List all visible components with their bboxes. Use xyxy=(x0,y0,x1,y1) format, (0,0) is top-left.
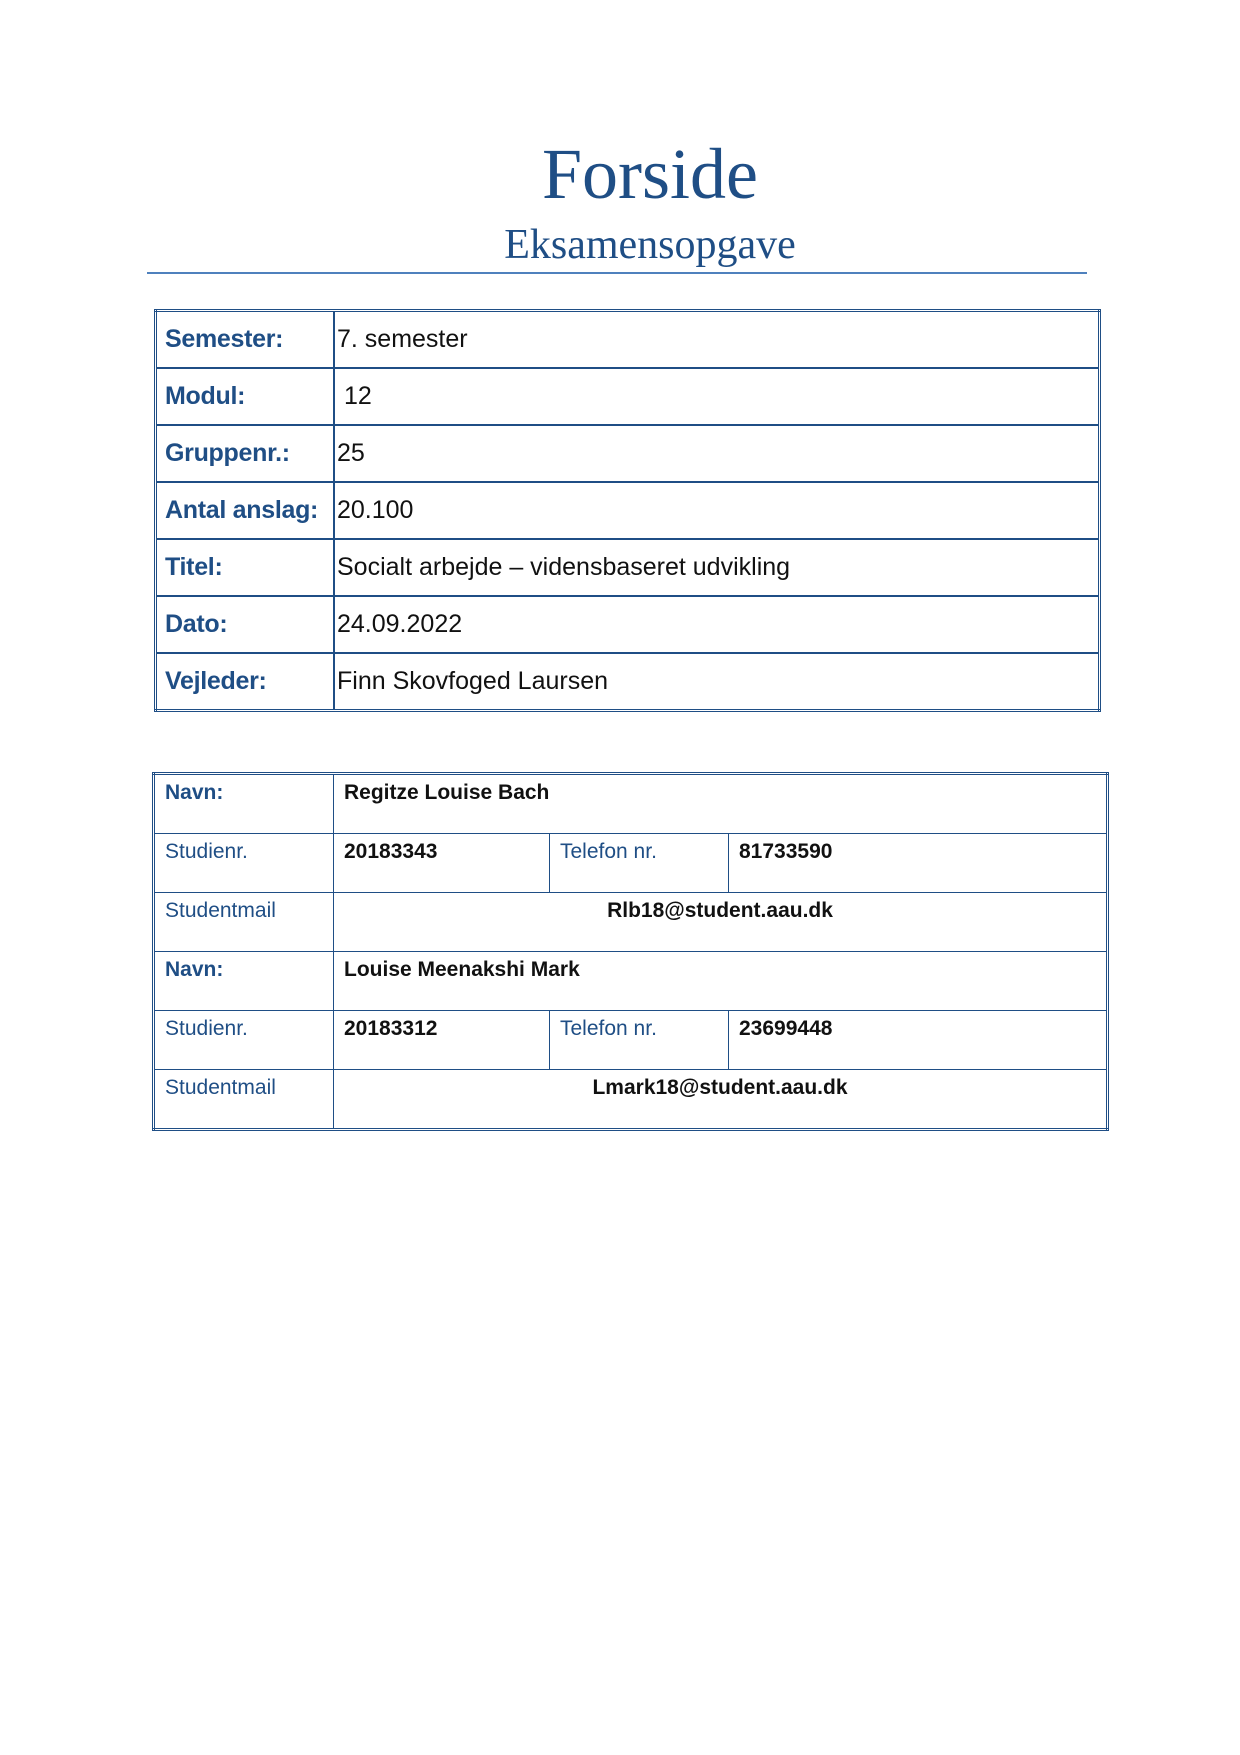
table-row: Dato: 24.09.2022 xyxy=(156,596,1100,653)
table-row: Studienr. 20183343 Telefon nr. 81733590 xyxy=(154,834,1108,893)
modul-value: 12 xyxy=(334,368,1100,425)
mail-value: Lmark18@student.aau.dk xyxy=(334,1070,1108,1130)
table-row: Semester: 7. semester xyxy=(156,311,1100,369)
titel-label: Titel: xyxy=(156,539,335,596)
studienr-value: 20183312 xyxy=(334,1011,550,1070)
name-label: Navn: xyxy=(154,774,334,834)
table-row: Navn: Louise Meenakshi Mark xyxy=(154,952,1108,1011)
phone-label: Telefon nr. xyxy=(550,834,729,893)
mail-label: Studentmail xyxy=(154,1070,334,1130)
info-table: Semester: 7. semester Modul: 12 Gruppenr… xyxy=(154,309,1101,712)
antal-anslag-label: Antal anslag: xyxy=(156,482,335,539)
studienr-label: Studienr. xyxy=(154,1011,334,1070)
name-label: Navn: xyxy=(154,952,334,1011)
studienr-label: Studienr. xyxy=(154,834,334,893)
gruppenr-value: 25 xyxy=(334,425,1100,482)
dato-label: Dato: xyxy=(156,596,335,653)
vejleder-value: Finn Skovfoged Laursen xyxy=(334,653,1100,711)
semester-label: Semester: xyxy=(156,311,335,369)
page-title: Forside xyxy=(0,138,1240,210)
phone-value: 81733590 xyxy=(729,834,1108,893)
titel-value: Socialt arbejde – vidensbaseret udviklin… xyxy=(334,539,1100,596)
mail-value: Rlb18@student.aau.dk xyxy=(334,893,1108,952)
modul-label: Modul: xyxy=(156,368,335,425)
table-row: Studentmail Lmark18@student.aau.dk xyxy=(154,1070,1108,1130)
vejleder-label: Vejleder: xyxy=(156,653,335,711)
student-name: Louise Meenakshi Mark xyxy=(334,952,1108,1011)
phone-value: 23699448 xyxy=(729,1011,1108,1070)
mail-label: Studentmail xyxy=(154,893,334,952)
table-row: Antal anslag: 20.100 xyxy=(156,482,1100,539)
semester-value: 7. semester xyxy=(334,311,1100,369)
table-row: Gruppenr.: 25 xyxy=(156,425,1100,482)
student-name: Regitze Louise Bach xyxy=(334,774,1108,834)
table-row: Studienr. 20183312 Telefon nr. 23699448 xyxy=(154,1011,1108,1070)
table-row: Modul: 12 xyxy=(156,368,1100,425)
table-row: Studentmail Rlb18@student.aau.dk xyxy=(154,893,1108,952)
page-subtitle: Eksamensopgave xyxy=(0,224,1240,266)
table-row: Titel: Socialt arbejde – vidensbaseret u… xyxy=(156,539,1100,596)
table-row: Vejleder: Finn Skovfoged Laursen xyxy=(156,653,1100,711)
studienr-value: 20183343 xyxy=(334,834,550,893)
dato-value: 24.09.2022 xyxy=(334,596,1100,653)
title-divider xyxy=(147,272,1087,274)
students-table: Navn: Regitze Louise Bach Studienr. 2018… xyxy=(152,772,1109,1131)
phone-label: Telefon nr. xyxy=(550,1011,729,1070)
gruppenr-label: Gruppenr.: xyxy=(156,425,335,482)
table-row: Navn: Regitze Louise Bach xyxy=(154,774,1108,834)
antal-anslag-value: 20.100 xyxy=(334,482,1100,539)
